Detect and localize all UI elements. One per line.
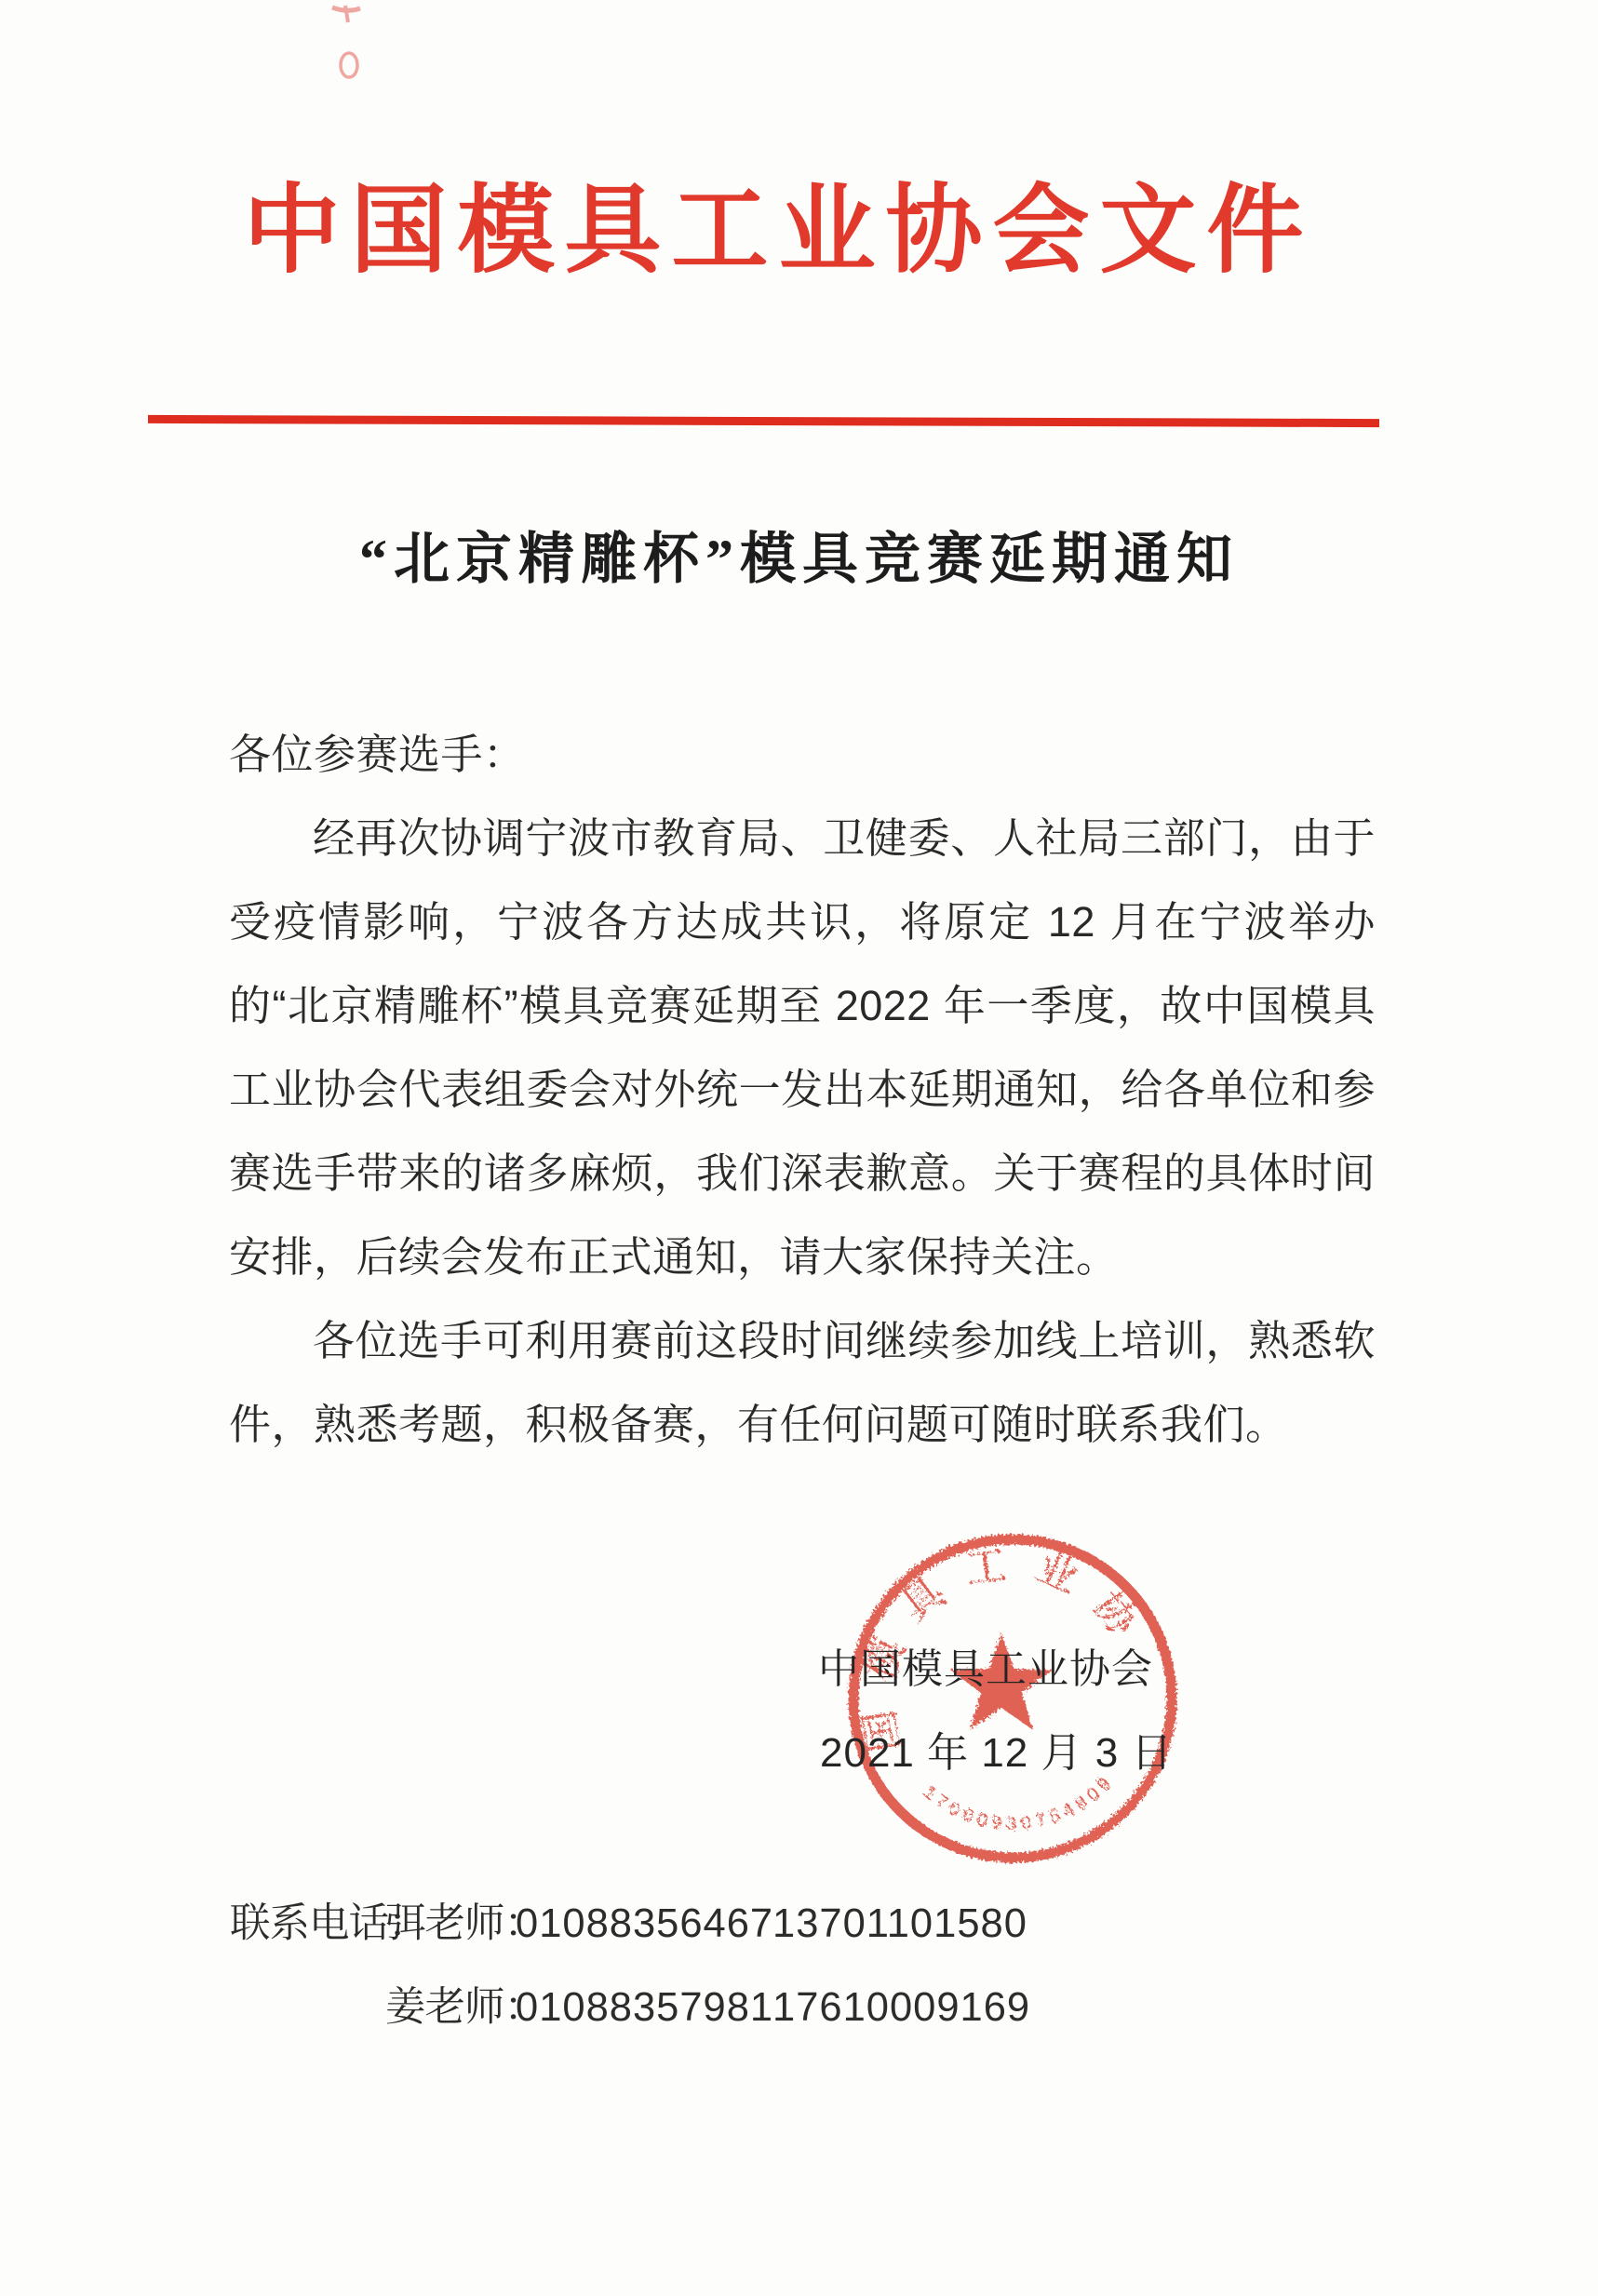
contact-row-1: 联系电话： 弭老师： 01088356467 13701101580 (230, 1891, 1027, 1949)
red-divider-line (148, 415, 1379, 427)
body-paragraph-1: 经再次协调宁波市教育局、卫健委、人社局三部门，由于受疫情影响，宁波各方达成共识，… (229, 797, 1376, 1299)
contact-phone-2a: 01088357981 (516, 1985, 772, 2031)
scanned-notice-page: 中国模具工业协会文件 “北京精雕杯”模具竞赛延期通知 各位参赛选手： 经再次协调… (0, 0, 1598, 2296)
contact-row-2: 姜老师： 01088357981 17610009169 (230, 1975, 1030, 2033)
body-paragraph-2: 各位选手可利用赛前这段时间继续参加线上培训，熟悉软件，熟悉考题，积极备赛，有任何… (229, 1299, 1376, 1467)
contact-phone-1a: 01088356467 (516, 1901, 772, 1947)
contact-phone-1b: 13701101580 (772, 1901, 1027, 1947)
salutation: 各位参赛选手： (229, 713, 1376, 797)
contact-phone-2b: 17610009169 (772, 1985, 1030, 2031)
contact-person-2: 姜老师： (385, 1975, 516, 2033)
seal-serial-arc-text: 17000930754809 (919, 1769, 1121, 1842)
contact-person-1: 弭老师： (385, 1891, 516, 1949)
contact-label: 联系电话： (230, 1891, 385, 1949)
notice-body: 各位参赛选手： 经再次协调宁波市教育局、卫健委、人社局三部门，由于受疫情影响，宁… (229, 713, 1376, 1467)
signature-org: 中国模具工业协会 (818, 1635, 1153, 1695)
letterhead-title: 中国模具工业协会文件 (0, 152, 1578, 291)
signature-date: 2021 年 12 月 3 日 (820, 1719, 1173, 1779)
scan-artifact-red-fragment (321, 2, 405, 109)
official-seal-stamp: 中国模具工业协会 17000930754809 (831, 1517, 1203, 1889)
notice-title: “北京精雕杯”模具竞赛延期通知 (0, 515, 1598, 595)
